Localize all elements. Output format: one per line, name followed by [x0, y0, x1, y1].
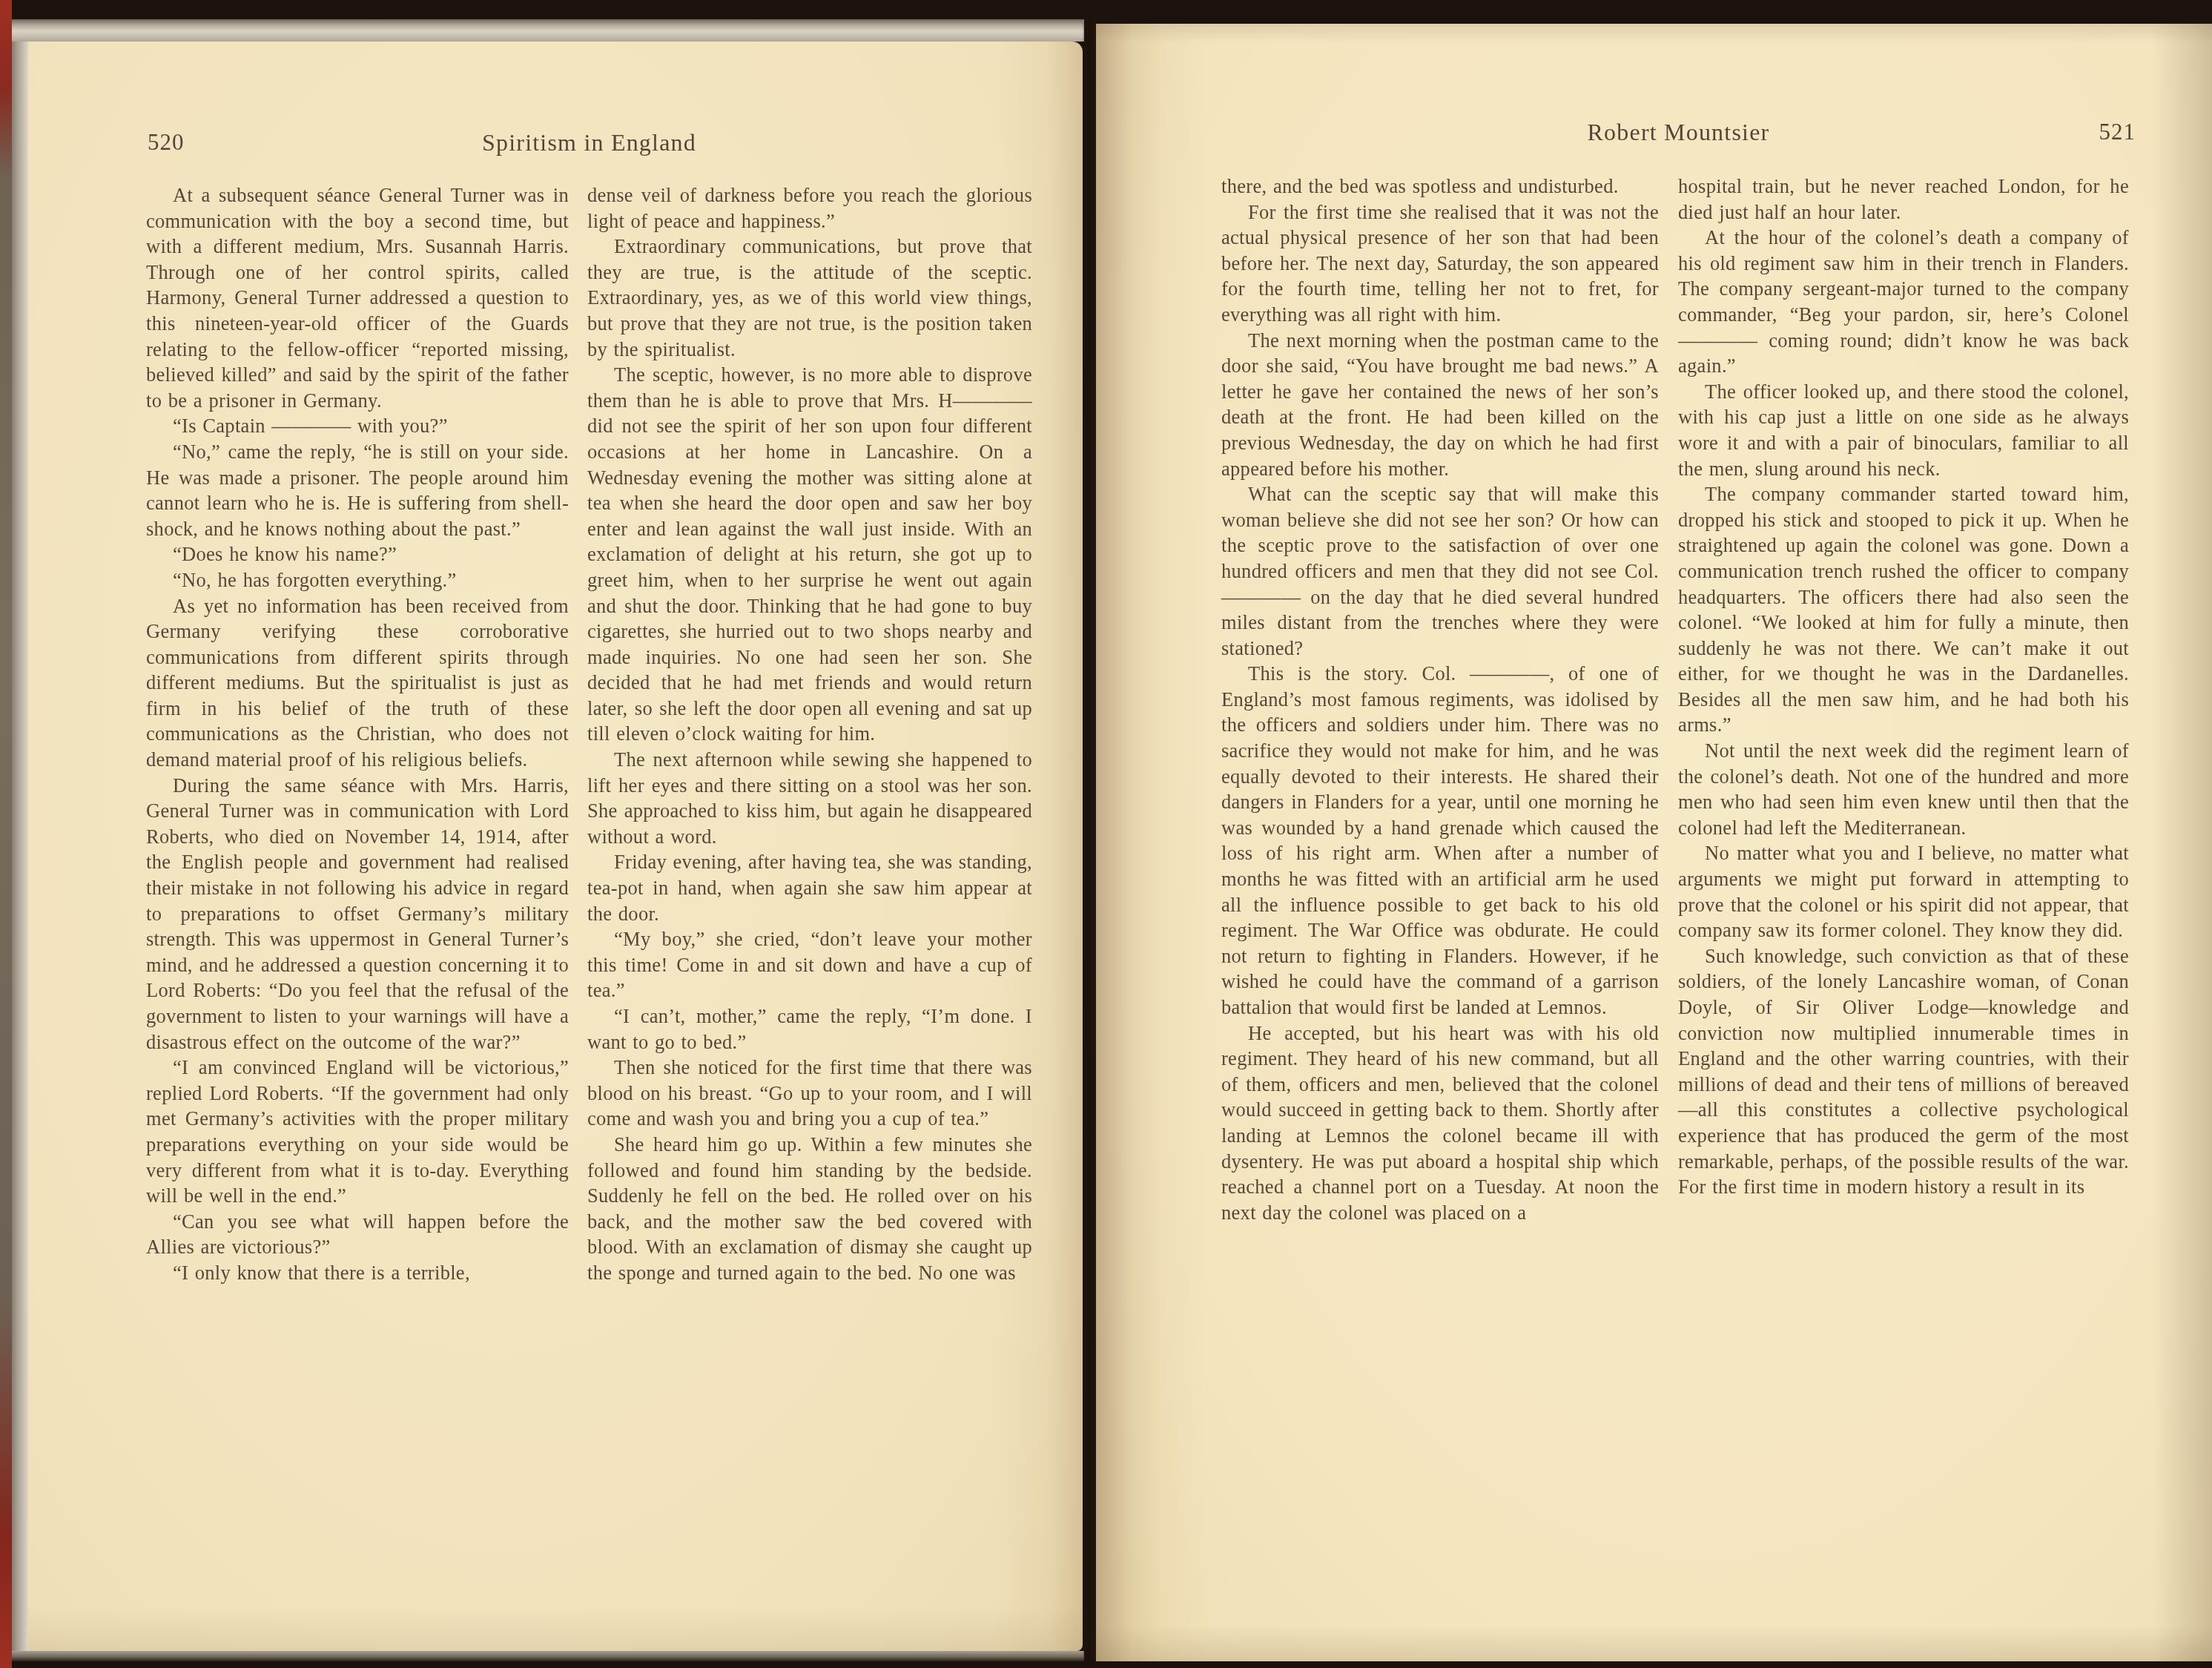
paragraph: As yet no information has been received … — [146, 593, 569, 773]
paragraph: At the hour of the colonel’s death a com… — [1678, 225, 2129, 379]
paragraph: What can the sceptic say that will make … — [1221, 481, 1659, 661]
text-column: dense veil of darkness before you reach … — [587, 182, 1032, 1286]
paragraph: The next afternoon while sewing she happ… — [587, 747, 1032, 849]
paragraph: Not until the next week did the regiment… — [1678, 738, 2129, 840]
paragraph: “Does he know his name?” — [146, 541, 569, 567]
paragraph: The officer looked up, and there stood t… — [1678, 379, 2129, 481]
left-page-header: 520 Spiritism in England — [146, 128, 1032, 162]
paragraph: The company commander started toward him… — [1678, 481, 2129, 738]
page-stack-edge-bottom — [12, 1651, 1084, 1661]
paragraph: Such knowledge, such conviction as that … — [1678, 943, 2129, 1200]
running-header-right: Robert Mountsier — [1221, 117, 2136, 147]
paragraph: During the same séance with Mrs. Harris,… — [146, 773, 569, 1055]
page-stack-edge-top — [12, 19, 1084, 42]
paragraph: “Can you see what will happen before the… — [146, 1209, 569, 1260]
paragraph: “I am convinced England will be victorio… — [146, 1055, 569, 1209]
spine-gutter-shadow — [1083, 22, 1096, 1661]
running-header-left: Spiritism in England — [146, 128, 1032, 157]
paragraph: hospital train, but he never reached Lon… — [1678, 174, 2129, 225]
paragraph: She heard him go up. Within a few minute… — [587, 1132, 1032, 1286]
paragraph: This is the story. Col. ————, of one of … — [1221, 661, 1659, 1020]
text-column: hospital train, but he never reached Lon… — [1678, 174, 2129, 1225]
right-page: Robert Mountsier 521 there, and the bed … — [1096, 24, 2212, 1661]
page-stack-edge-left — [12, 21, 28, 1657]
paragraph: At a subsequent séance General Turner wa… — [146, 182, 569, 413]
right-page-columns: there, and the bed was spotless and undi… — [1221, 174, 2129, 1225]
paragraph: “I can’t, mother,” came the reply, “I’m … — [587, 1003, 1032, 1055]
text-column: At a subsequent séance General Turner wa… — [146, 182, 569, 1286]
paragraph: dense veil of darkness before you reach … — [587, 182, 1032, 234]
paragraph: there, and the bed was spotless and undi… — [1221, 174, 1659, 200]
paragraph: “No, he has forgotten everything.” — [146, 567, 569, 593]
paragraph: For the first time she realised that it … — [1221, 200, 1659, 328]
paragraph: “Is Captain ———— with you?” — [146, 413, 569, 439]
paragraph: Extraordinary communications, but prove … — [587, 234, 1032, 362]
left-page: 520 Spiritism in England At a subsequent… — [28, 42, 1083, 1651]
paragraph: “I only know that there is a terrible, — [146, 1260, 569, 1286]
right-page-header: Robert Mountsier 521 — [1221, 117, 2136, 151]
paragraph: Friday evening, after having tea, she wa… — [587, 849, 1032, 926]
page-number-right: 521 — [2099, 117, 2136, 147]
book-scan: { "left_page": { "page_number": "520", "… — [0, 0, 2212, 1668]
paragraph: He accepted, but his heart was with his … — [1221, 1021, 1659, 1226]
paragraph: No matter what you and I believe, no mat… — [1678, 840, 2129, 943]
book-cover-edge — [0, 0, 12, 1668]
paragraph: The sceptic, however, is no more able to… — [587, 362, 1032, 747]
paragraph: “No,” came the reply, “he is still on yo… — [146, 439, 569, 541]
left-page-columns: At a subsequent séance General Turner wa… — [146, 182, 1032, 1286]
paragraph: The next morning when the postman came t… — [1221, 328, 1659, 482]
paragraph: “My boy,” she cried, “don’t leave your m… — [587, 926, 1032, 1003]
text-column: there, and the bed was spotless and undi… — [1221, 174, 1659, 1225]
paragraph: Then she noticed for the first time that… — [587, 1055, 1032, 1132]
